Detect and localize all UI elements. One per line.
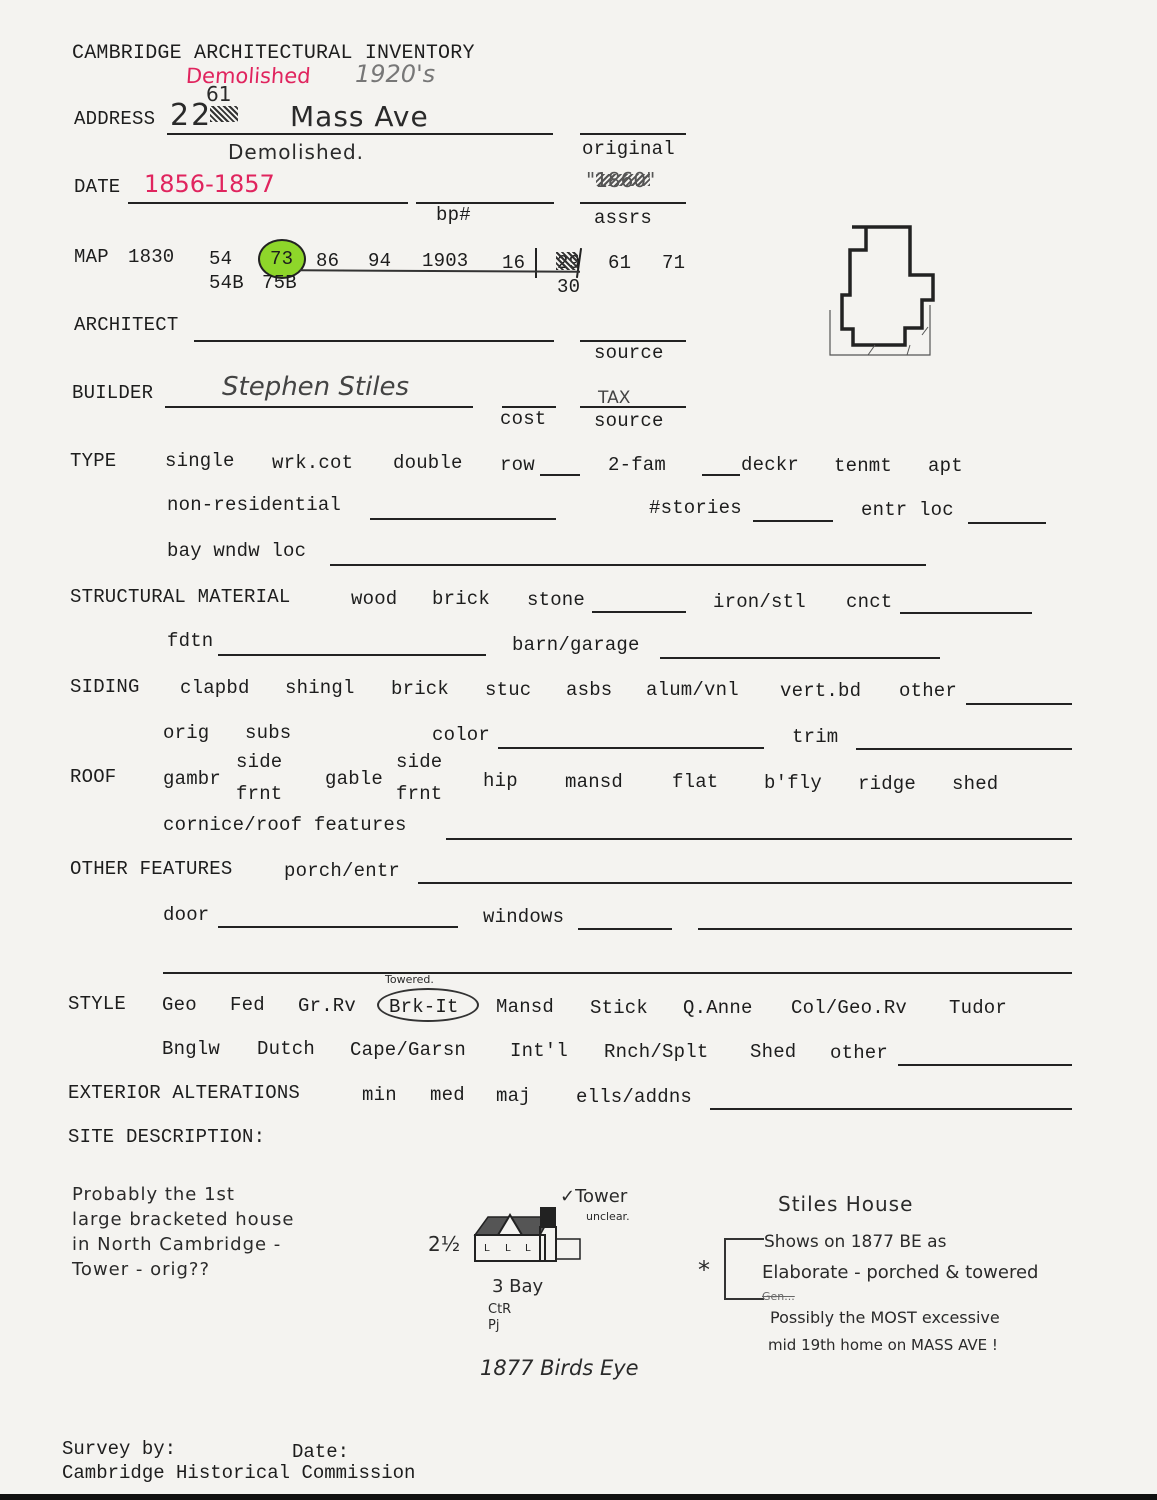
sketch-caption: 1877 Birds Eye (480, 1356, 639, 1380)
roof-flat[interactable]: flat (672, 771, 718, 793)
original-field[interactable] (580, 133, 686, 135)
siding-alum-vnl[interactable]: alum/vnl (646, 679, 739, 701)
style-gr-rv[interactable]: Gr.Rv (298, 995, 356, 1017)
date-label: DATE (74, 176, 120, 198)
demolished-year: 1920's (355, 60, 435, 88)
roof-gambr-side[interactable]: side (236, 751, 282, 773)
builder-field[interactable] (165, 406, 473, 408)
note-bracket (724, 1238, 764, 1300)
row-field[interactable] (540, 474, 580, 476)
svg-text:L: L (484, 1243, 490, 1254)
site-conclusion-line: mid 19th home on MASS AVE ! (768, 1336, 998, 1354)
siding-subs[interactable]: subs (245, 722, 291, 744)
style-shed[interactable]: Shed (750, 1041, 796, 1063)
siding-other[interactable]: other (899, 680, 957, 702)
barn-garage-field[interactable] (660, 657, 940, 659)
roof-gable-side[interactable]: side (396, 751, 442, 773)
stories-label: #stories (649, 497, 742, 519)
ells-addns-field[interactable] (710, 1108, 1072, 1110)
survey-by-label: Survey by: (62, 1438, 176, 1460)
trim-label: trim (792, 726, 838, 748)
entr-loc-label: entr loc (861, 499, 954, 521)
style-mansd[interactable]: Mansd (496, 996, 554, 1018)
builder-label: BUILDER (72, 382, 153, 404)
style-rnch-splt[interactable]: Rnch/Splt (604, 1041, 708, 1063)
alterations-min[interactable]: min (362, 1084, 397, 1106)
type-2-fam[interactable]: 2-fam (608, 454, 666, 476)
entr-loc-field[interactable] (968, 522, 1046, 524)
stories-field[interactable] (753, 520, 833, 522)
map-29-scribble (556, 252, 578, 270)
bp-label: bp# (436, 204, 471, 226)
structural-cnct[interactable]: cnct (846, 591, 892, 613)
cnct-field[interactable] (900, 612, 1032, 614)
svg-text:L: L (525, 1243, 531, 1254)
assrs-label: assrs (594, 207, 652, 229)
structural-iron-stl[interactable]: iron/stl (713, 591, 806, 613)
type-row[interactable]: row (500, 454, 535, 476)
roof-bfly[interactable]: b'fly (764, 772, 822, 794)
trim-field[interactable] (856, 748, 1072, 750)
cost-label: cost (500, 408, 546, 430)
siding-stuc[interactable]: stuc (485, 679, 531, 701)
porch-label: porch/entr (284, 860, 400, 882)
siding-shingl[interactable]: shingl (285, 677, 355, 699)
style-dutch[interactable]: Dutch (257, 1038, 315, 1060)
address-correction: 61 (206, 82, 231, 106)
assrs-scribble (596, 174, 650, 186)
type-tenmt[interactable]: tenmt (834, 455, 892, 477)
site-left-note-line: large bracketed house (72, 1207, 295, 1232)
ells-addns-label: ells/addns (576, 1086, 692, 1108)
floor-plan-sketch-icon (800, 215, 960, 375)
style-col-geo-rv[interactable]: Col/Geo.Rv (791, 997, 907, 1019)
structural-wood[interactable]: wood (351, 588, 397, 610)
site-left-note: Probably the 1st large bracketed house i… (72, 1182, 295, 1282)
site-left-note-line: Probably the 1st (72, 1182, 295, 1207)
non-residential-field[interactable] (370, 518, 556, 520)
roof-label: ROOF (70, 766, 116, 788)
type-single[interactable]: single (165, 450, 235, 472)
windows-label: windows (483, 906, 564, 928)
architect-field[interactable] (194, 340, 554, 342)
style-label: STYLE (68, 993, 126, 1015)
style-other-field[interactable] (898, 1064, 1072, 1066)
map-span-line (300, 269, 580, 272)
style-brk-it[interactable]: Brk-It (389, 996, 459, 1018)
roof-ridge[interactable]: ridge (858, 773, 916, 795)
siding-asbs[interactable]: asbs (566, 679, 612, 701)
cornice-label: cornice/roof features (163, 814, 407, 836)
builder-source-value: TAX (598, 388, 630, 408)
roof-shed[interactable]: shed (952, 773, 998, 795)
type-deckr[interactable]: deckr (741, 454, 799, 476)
address-scribble (210, 106, 238, 122)
original-label: original (582, 138, 675, 160)
door-label: door (163, 904, 209, 926)
site-conclusion-line: Possibly the MOST excessive (770, 1308, 1000, 1327)
color-label: color (432, 724, 490, 746)
siding-vert-bd[interactable]: vert.bd (780, 680, 861, 702)
roof-hip[interactable]: hip (483, 770, 518, 792)
map-year-71: 71 (662, 252, 685, 274)
porch-field[interactable] (418, 882, 1072, 884)
type-label: TYPE (70, 450, 116, 472)
style-geo[interactable]: Geo (162, 994, 197, 1016)
alterations-maj[interactable]: maj (496, 1085, 531, 1107)
date-field[interactable] (128, 202, 408, 204)
map-year-75b: 75B (262, 272, 297, 294)
map-bracket-left (535, 248, 537, 278)
map-year-54b: 54B (209, 272, 244, 294)
barn-garage-label: barn/garage (512, 634, 640, 656)
style-q-anne[interactable]: Q.Anne (683, 997, 753, 1019)
style-towered-note: Towered. (385, 973, 434, 986)
map-year-30: 30 (557, 276, 580, 298)
deckr-field[interactable] (702, 474, 740, 476)
style-other[interactable]: other (830, 1042, 888, 1064)
map-year-61: 61 (608, 252, 631, 274)
sketch-pj-note: Pj (488, 1318, 499, 1333)
style-tudor[interactable]: Tudor (949, 997, 1007, 1019)
asterisk-mark: * (698, 1256, 710, 1284)
sketch-ctr-note: CtR (488, 1302, 511, 1317)
roof-mansd[interactable]: mansd (565, 771, 623, 793)
windows-field-2[interactable] (698, 928, 1072, 930)
builder-source-label: source (594, 410, 664, 432)
site-struck-word: Gen... (762, 1290, 795, 1303)
builder-source-field[interactable] (580, 406, 686, 408)
site-right-line: Elaborate - porched & towered (762, 1262, 1038, 1283)
map-year-1903: 1903 (422, 250, 468, 272)
roof-gambr-frnt[interactable]: frnt (236, 783, 282, 805)
demolished-note: Demolished (185, 64, 311, 88)
sketch-unclear-note: unclear. (586, 1210, 630, 1223)
alterations-med[interactable]: med (430, 1084, 465, 1106)
style-fed[interactable]: Fed (230, 994, 265, 1016)
door-field[interactable] (218, 926, 458, 928)
stone-field[interactable] (592, 611, 686, 613)
map-label: MAP (74, 246, 109, 268)
style-cape-garsn[interactable]: Cape/Garsn (350, 1039, 466, 1061)
scan-edge (0, 1494, 1157, 1500)
siding-clapbd[interactable]: clapbd (180, 677, 250, 699)
style-stick[interactable]: Stick (590, 997, 648, 1019)
structural-brick[interactable]: brick (432, 588, 490, 610)
site-right-line: Shows on 1877 BE as (764, 1232, 946, 1252)
date-value: 1856-1857 (144, 170, 275, 198)
fdtn-label: fdtn (167, 630, 213, 652)
siding-label: SIDING (70, 676, 140, 698)
non-residential-label: non-residential (167, 494, 341, 516)
address-label: ADDRESS (74, 108, 155, 130)
other-features-extra-field[interactable] (163, 972, 1072, 974)
site-description-label: SITE DESCRIPTION: (68, 1126, 265, 1148)
site-left-note-line: in North Cambridge - (72, 1232, 295, 1257)
style-intl[interactable]: Int'l (510, 1040, 568, 1062)
assrs-field[interactable] (580, 202, 686, 204)
cornice-field[interactable] (446, 838, 1072, 840)
map-year-54: 54 (209, 248, 232, 270)
address-field[interactable] (167, 133, 553, 135)
structural-stone[interactable]: stone (527, 589, 585, 611)
sketch-bay-note: 3 Bay (492, 1276, 543, 1297)
siding-brick[interactable]: brick (391, 678, 449, 700)
sketch-tower-note: ✓Tower (560, 1186, 627, 1207)
type-apt[interactable]: apt (928, 455, 963, 477)
footer-org: Cambridge Historical Commission (62, 1462, 415, 1484)
type-double[interactable]: double (393, 452, 463, 474)
other-features-label: OTHER FEATURES (70, 858, 232, 880)
svg-text:L: L (505, 1243, 511, 1254)
structural-label: STRUCTURAL MATERIAL (70, 586, 290, 608)
survey-date-label: Date: (292, 1441, 349, 1463)
house-sketch-icon: L L L (470, 1205, 590, 1270)
siding-other-field[interactable] (966, 703, 1072, 705)
map-year-1830: 1830 (128, 246, 174, 268)
color-field[interactable] (498, 747, 764, 749)
roof-gable[interactable]: gable (325, 768, 383, 790)
fdtn-field[interactable] (218, 654, 486, 656)
roof-gable-frnt[interactable]: frnt (396, 783, 442, 805)
bay-wndw-loc-field[interactable] (330, 564, 926, 566)
windows-field-1[interactable] (578, 928, 672, 930)
alterations-label: EXTERIOR ALTERATIONS (68, 1082, 300, 1104)
architect-label: ARCHITECT (74, 314, 178, 336)
address-demolished-note: Demolished. (228, 140, 364, 164)
sketch-stories: 2½ (428, 1232, 460, 1256)
style-bnglw[interactable]: Bnglw (162, 1038, 220, 1060)
map-year-73: 73 (270, 248, 293, 270)
builder-value: Stephen Stiles (222, 372, 409, 402)
site-right-title: Stiles House (778, 1192, 913, 1216)
address-street: Mass Ave (290, 100, 429, 133)
siding-orig[interactable]: orig (163, 722, 209, 744)
type-wrk-cot[interactable]: wrk.cot (272, 452, 353, 474)
roof-gambr[interactable]: gambr (163, 768, 221, 790)
architect-source-label: source (594, 342, 664, 364)
bay-wndw-loc-label: bay wndw loc (167, 540, 306, 562)
site-left-note-line: Tower - orig?? (72, 1257, 295, 1282)
